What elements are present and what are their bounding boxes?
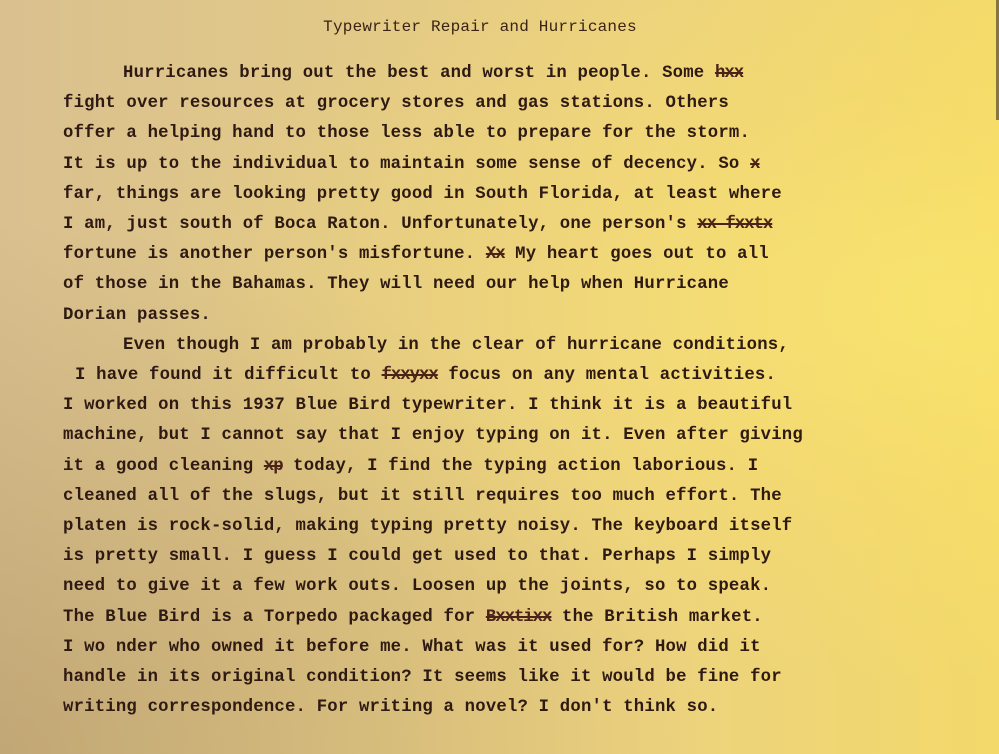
document-title: Typewriter Repair and Hurricanes [0, 18, 960, 36]
struck-text: Bxxtixx [486, 608, 552, 627]
text-segment: handle in its original condition? It see… [63, 668, 782, 687]
text-line: It is up to the individual to maintain s… [63, 155, 759, 175]
text-segment: machine, but I cannot say that I enjoy t… [63, 426, 803, 445]
struck-text: xp [264, 457, 283, 476]
text-line: far, things are looking pretty good in S… [63, 185, 782, 205]
text-segment: writing correspondence. For writing a no… [63, 698, 718, 717]
text-line: cleaned all of the slugs, but it still r… [63, 487, 782, 507]
text-line: The Blue Bird is a Torpedo packaged for … [63, 608, 763, 628]
text-segment: I am, just south of Boca Raton. Unfortun… [63, 215, 697, 234]
struck-text: hxx [715, 64, 743, 83]
text-line: Hurricanes bring out the best and worst … [123, 64, 743, 84]
text-segment: of those in the Bahamas. They will need … [63, 275, 729, 294]
text-line: of those in the Bahamas. They will need … [63, 275, 729, 295]
text-segment: The Blue Bird is a Torpedo packaged for [63, 608, 486, 627]
text-segment: offer a helping hand to those less able … [63, 124, 750, 143]
text-segment: it a good cleaning [63, 457, 264, 476]
text-line: I am, just south of Boca Raton. Unfortun… [63, 215, 772, 235]
text-line: machine, but I cannot say that I enjoy t… [63, 426, 803, 446]
text-segment: cleaned all of the slugs, but it still r… [63, 487, 782, 506]
text-segment: It is up to the individual to maintain s… [63, 155, 750, 174]
text-line: I wo nder who owned it before me. What w… [63, 638, 761, 658]
text-line: offer a helping hand to those less able … [63, 124, 750, 144]
text-segment: I wo nder who owned it before me. What w… [63, 638, 761, 657]
text-line: is pretty small. I guess I could get use… [63, 547, 771, 567]
text-line: writing correspondence. For writing a no… [63, 698, 718, 718]
text-line: Even though I am probably in the clear o… [123, 336, 789, 356]
text-segment: fight over resources at grocery stores a… [63, 94, 729, 113]
struck-text: Xx [486, 245, 505, 264]
struck-text: fxxyxx [382, 366, 438, 385]
text-line: it a good cleaning xp today, I find the … [63, 457, 758, 477]
text-segment: focus on any mental activities. [438, 366, 776, 385]
text-segment: platen is rock-solid, making typing pret… [63, 517, 792, 536]
struck-text: xx fxxtx [697, 215, 772, 234]
text-line: platen is rock-solid, making typing pret… [63, 517, 792, 537]
text-line: fortune is another person's misfortune. … [63, 245, 769, 265]
text-line: I have found it difficult to fxxyxx focu… [75, 366, 776, 386]
text-segment: I worked on this 1937 Blue Bird typewrit… [63, 396, 792, 415]
text-segment: need to give it a few work outs. Loosen … [63, 577, 771, 596]
text-segment: far, things are looking pretty good in S… [63, 185, 782, 204]
struck-text: x [750, 155, 759, 174]
text-line: handle in its original condition? It see… [63, 668, 782, 688]
text-segment: I have found it difficult to [75, 366, 382, 385]
typewritten-page: Typewriter Repair and Hurricanes Hurrica… [0, 0, 999, 754]
text-segment: My heart goes out to all [505, 245, 769, 264]
text-line: need to give it a few work outs. Loosen … [63, 577, 771, 597]
text-segment: Hurricanes bring out the best and worst … [123, 64, 715, 83]
text-segment: Dorian passes. [63, 306, 211, 325]
text-segment: today, I find the typing action laboriou… [283, 457, 759, 476]
text-line: fight over resources at grocery stores a… [63, 94, 729, 114]
text-segment: the British market. [551, 608, 762, 627]
text-segment: is pretty small. I guess I could get use… [63, 547, 771, 566]
text-line: Dorian passes. [63, 306, 211, 326]
text-line: I worked on this 1937 Blue Bird typewrit… [63, 396, 792, 416]
text-segment: Even though I am probably in the clear o… [123, 336, 789, 355]
text-segment: fortune is another person's misfortune. [63, 245, 486, 264]
